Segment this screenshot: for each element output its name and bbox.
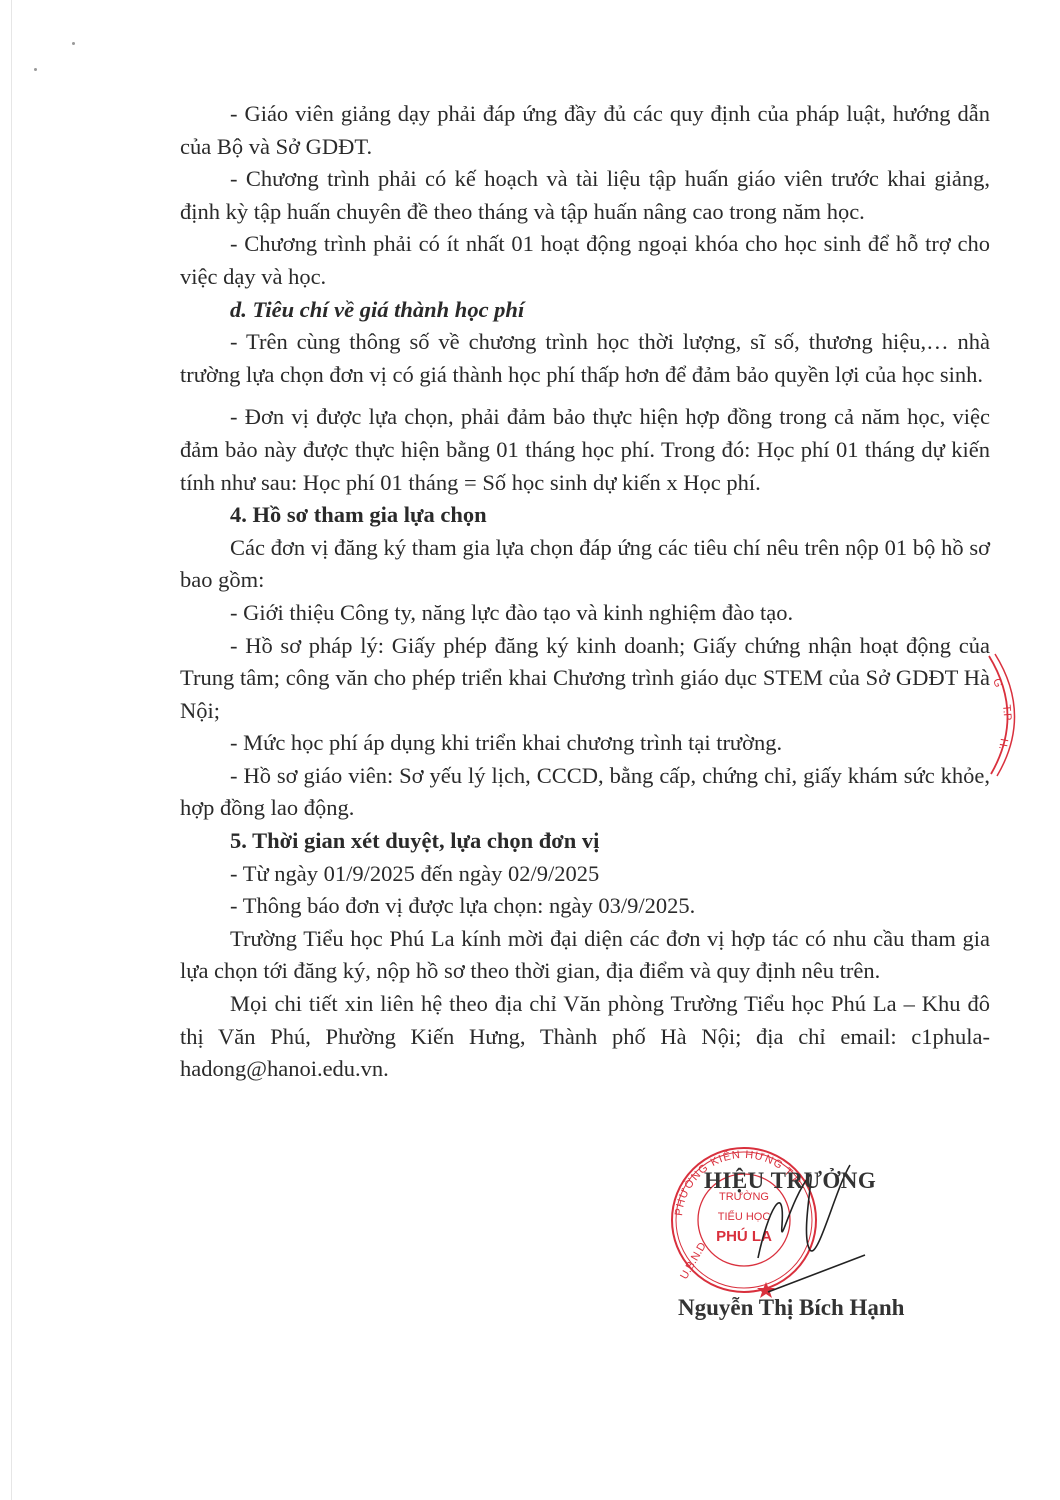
svg-text:H.: H. — [996, 737, 1010, 750]
paragraph: - Từ ngày 01/9/2025 đến ngày 02/9/2025 — [180, 858, 990, 891]
paragraph: - Hồ sơ giáo viên: Sơ yếu lý lịch, CCCD,… — [180, 760, 990, 825]
school-stamp-icon: PHƯỜNG KIẾN HƯNG T.P U.B.N.D TRƯỜNG TIỂU… — [660, 1140, 900, 1305]
paragraph: Trường Tiểu học Phú La kính mời đại diện… — [180, 923, 990, 988]
signature-block: PHƯỜNG KIẾN HƯNG T.P U.B.N.D TRƯỜNG TIỂU… — [660, 1140, 980, 1340]
section-heading: 4. Hồ sơ tham gia lựa chọn — [180, 499, 990, 532]
svg-text:T.P: T.P — [1000, 704, 1013, 721]
paragraph: - Đơn vị được lựa chọn, phải đảm bảo thự… — [180, 401, 990, 499]
scan-speck — [72, 42, 75, 45]
paragraph: - Chương trình phải có ít nhất 01 hoạt đ… — [180, 228, 990, 293]
paragraph: - Thông báo đơn vị được lựa chọn: ngày 0… — [180, 890, 990, 923]
signature-title: HIỆU TRƯỞNG — [704, 1168, 876, 1194]
paragraph: Mọi chi tiết xin liên hệ theo địa chỉ Vă… — [180, 988, 990, 1086]
paragraph: Các đơn vị đăng ký tham gia lựa chọn đáp… — [180, 532, 990, 597]
paragraph: - Mức học phí áp dụng khi triển khai chư… — [180, 727, 990, 760]
paragraph: - Trên cùng thông số về chương trình học… — [180, 326, 990, 391]
section-heading: d. Tiêu chí về giá thành học phí — [180, 294, 990, 327]
svg-text:TIỂU HỌC: TIỂU HỌC — [718, 1210, 771, 1223]
paragraph: - Chương trình phải có kế hoạch và tài l… — [180, 163, 990, 228]
paragraph: - Giới thiệu Công ty, năng lực đào tạo v… — [180, 597, 990, 630]
partial-stamp-icon: G T.P H. — [985, 650, 1055, 780]
paragraph: - Giáo viên giảng dạy phải đáp ứng đầy đ… — [180, 98, 990, 163]
section-heading: 5. Thời gian xét duyệt, lựa chọn đơn vị — [180, 825, 990, 858]
signer-name: Nguyễn Thị Bích Hạnh — [678, 1295, 904, 1321]
scan-speck — [34, 68, 37, 71]
paragraph: - Hồ sơ pháp lý: Giấy phép đăng ký kinh … — [180, 630, 990, 728]
document-body: - Giáo viên giảng dạy phải đáp ứng đầy đ… — [180, 98, 990, 1086]
scan-edge — [11, 0, 12, 1500]
